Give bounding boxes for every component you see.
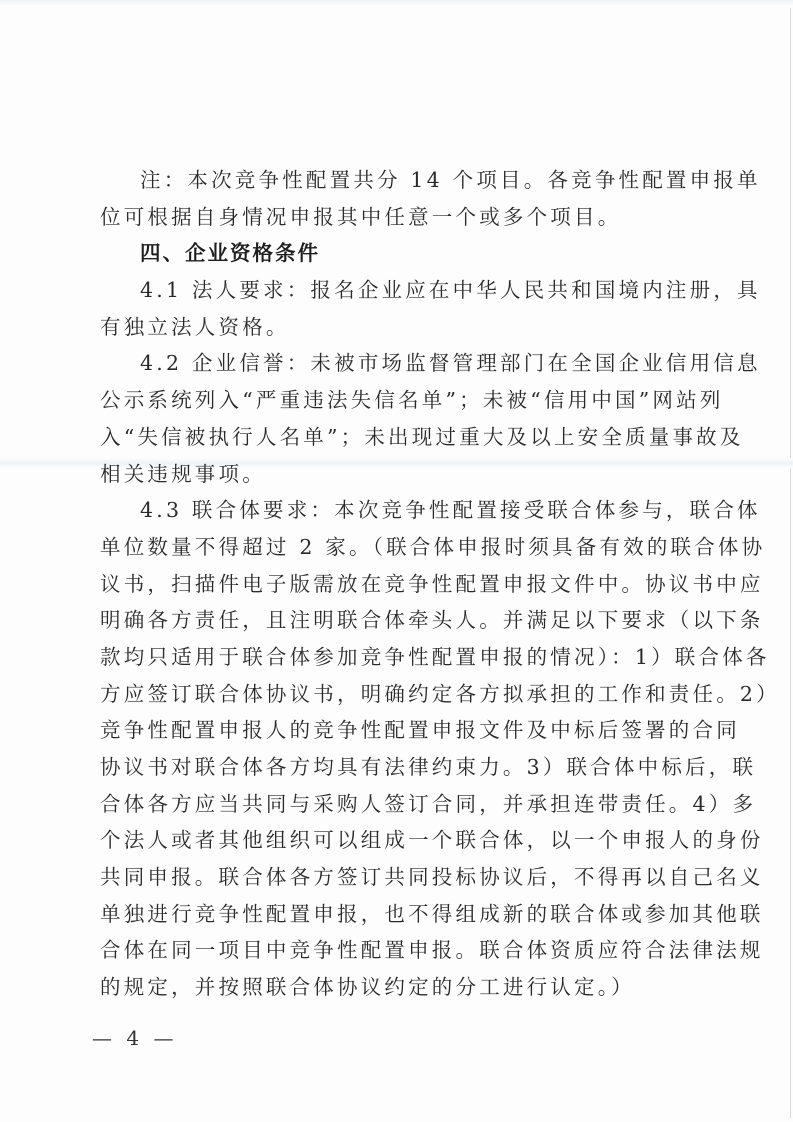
document-page: 注：本次竞争性配置共分 14 个项目。各竞争性配置申报单 位可根据自身情况申报其… bbox=[0, 0, 793, 1122]
note-line: 注：本次竞争性配置共分 14 个项目。各竞争性配置申报单 bbox=[100, 162, 678, 199]
clause-line: 合体各方应当共同与采购人签订合同，并承担连带责任。4）多 bbox=[100, 786, 678, 823]
clause-line: 明确各方责任，且注明联合体牵头人。并满足以下要求（以下条 bbox=[100, 602, 678, 639]
clause-line: 方应签订联合体协议书，明确约定各方拟承担的工作和责任。2） bbox=[100, 676, 678, 713]
section-heading: 四、企业资格条件 bbox=[100, 235, 678, 272]
clause-line: 竞争性配置申报人的竞争性配置申报文件及中标后签署的合同 bbox=[100, 712, 678, 749]
clause-line: 4.2 企业信誉：未被市场监督管理部门在全国企业信用信息 bbox=[100, 345, 678, 382]
clause-line: 共同申报。联合体各方签订共同投标协议后，不得再以自己名义 bbox=[100, 859, 678, 896]
clause-line: 4.1 法人要求：报名企业应在中华人民共和国境内注册，具 bbox=[100, 272, 678, 309]
clause-line: 单独进行竞争性配置申报，也不得组成新的联合体或参加其他联 bbox=[100, 896, 678, 933]
document-body: 注：本次竞争性配置共分 14 个项目。各竞争性配置申报单 位可根据自身情况申报其… bbox=[100, 162, 678, 1006]
clause-line: 相关违规事项。 bbox=[100, 456, 678, 493]
clause-line: 有独立法人资格。 bbox=[100, 309, 678, 346]
note-paragraph: 注：本次竞争性配置共分 14 个项目。各竞争性配置申报单 位可根据自身情况申报其… bbox=[100, 162, 678, 235]
page-number: — 4 — bbox=[92, 1026, 177, 1050]
clause-line: 的规定，并按照联合体协议约定的分工进行认定。） bbox=[100, 969, 678, 1006]
scan-right-edge bbox=[790, 8, 791, 1118]
clause-4-3: 4.3 联合体要求：本次竞争性配置接受联合体参与，联合体 单位数量不得超过 2 … bbox=[100, 492, 678, 1006]
clause-4-1: 4.1 法人要求：报名企业应在中华人民共和国境内注册，具 有独立法人资格。 bbox=[100, 272, 678, 345]
clause-line: 协议书对联合体各方均具有法律约束力。3）联合体中标后，联 bbox=[100, 749, 678, 786]
clause-line: 单位数量不得超过 2 家。（联合体申报时须具备有效的联合体协 bbox=[100, 529, 678, 566]
scan-top-tint bbox=[0, 0, 793, 6]
clause-line: 入“失信被执行人名单”；未出现过重大及以上安全质量事故及 bbox=[100, 419, 678, 456]
clause-line: 合体在同一项目中竞争性配置申报。联合体资质应符合法律法规 bbox=[100, 932, 678, 969]
clause-line: 款均只适用于联合体参加竞争性配置申报的情况）：1）联合体各 bbox=[100, 639, 678, 676]
clause-4-2: 4.2 企业信誉：未被市场监督管理部门在全国企业信用信息 公示系统列入“严重违法… bbox=[100, 345, 678, 492]
clause-line: 议书，扫描件电子版需放在竞争性配置申报文件中。协议书中应 bbox=[100, 566, 678, 603]
clause-line: 4.3 联合体要求：本次竞争性配置接受联合体参与，联合体 bbox=[100, 492, 678, 529]
clause-line: 公示系统列入“严重违法失信名单”；未被“信用中国”网站列 bbox=[100, 382, 678, 419]
note-line: 位可根据自身情况申报其中任意一个或多个项目。 bbox=[100, 199, 678, 236]
clause-line: 个法人或者其他组织可以组成一个联合体，以一个申报人的身份 bbox=[100, 822, 678, 859]
